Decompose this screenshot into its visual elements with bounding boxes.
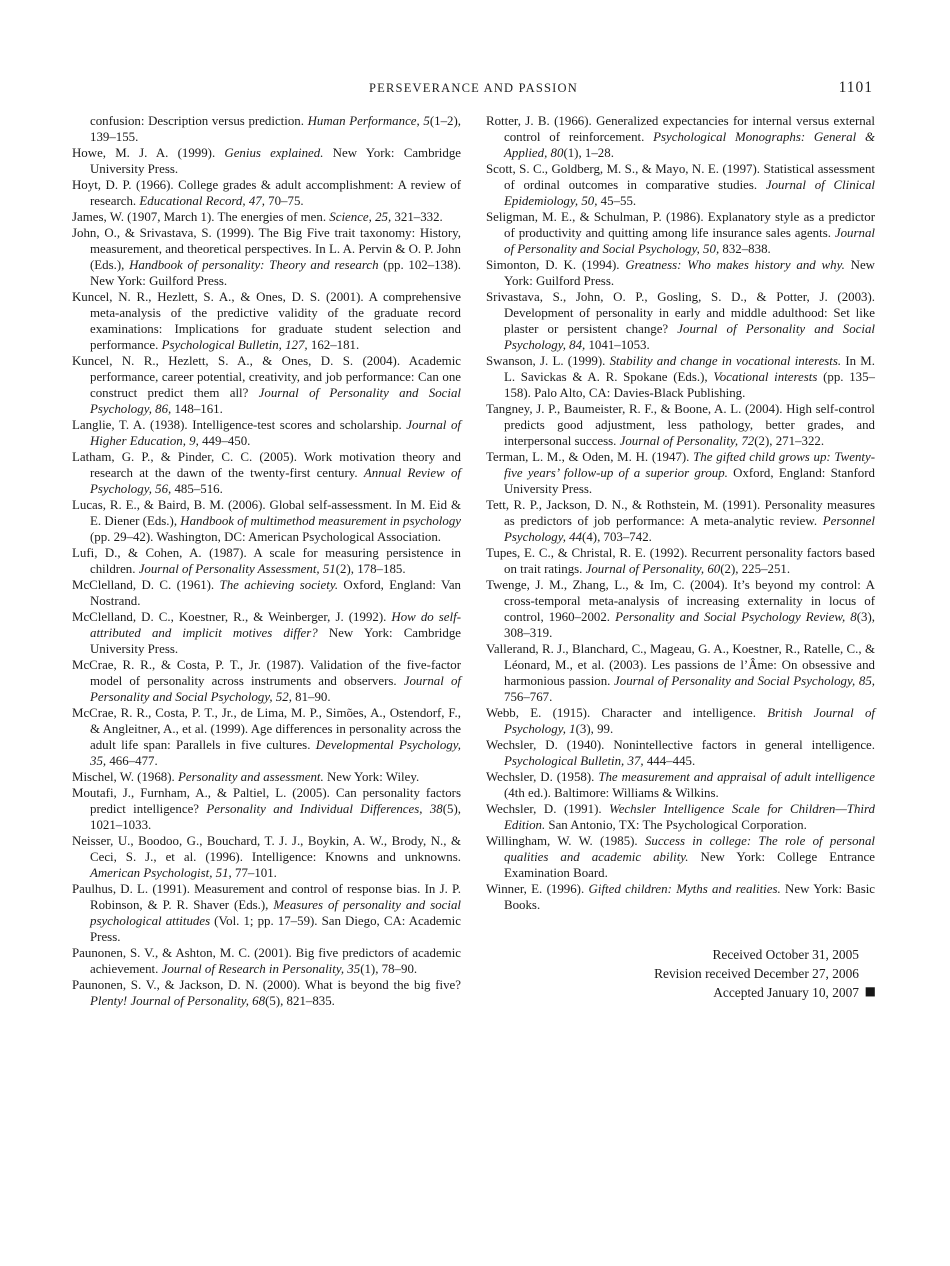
reference-entry: James, W. (1907, March 1). The energies … (72, 209, 461, 225)
reference-entry: Neisser, U., Boodoo, G., Bouchard, T. J.… (72, 833, 461, 881)
reference-entry: Tett, R. P., Jackson, D. N., & Rothstein… (486, 497, 875, 545)
article-dates-block: Received October 31, 2005 Revision recei… (486, 945, 875, 1002)
references-list-right: Rotter, J. B. (1966). Generalized expect… (486, 113, 875, 913)
reference-entry: Twenge, J. M., Zhang, L., & Im, C. (2004… (486, 577, 875, 641)
reference-entry: Kuncel, N. R., Hezlett, S. A., & Ones, D… (72, 289, 461, 353)
reference-entry: Kuncel, N. R., Hezlett, S. A., & Ones, D… (72, 353, 461, 417)
reference-entry: Lufi, D., & Cohen, A. (1987). A scale fo… (72, 545, 461, 577)
reference-entry: Willingham, W. W. (1985). Success in col… (486, 833, 875, 881)
reference-entry: Wechsler, D. (1940). Nonintellective fac… (486, 737, 875, 769)
journal-page: PERSEVERANCE AND PASSION 1101 confusion:… (0, 0, 950, 1266)
references-section: confusion: Description versus prediction… (72, 113, 875, 1009)
references-column-right: Rotter, J. B. (1966). Generalized expect… (486, 113, 875, 1002)
running-head: PERSEVERANCE AND PASSION (72, 81, 875, 96)
reference-entry: Hoyt, D. P. (1966). College grades & adu… (72, 177, 461, 209)
article-end-square-icon: ■ (865, 985, 876, 997)
reference-entry: Wechsler, D. (1991). Wechsler Intelligen… (486, 801, 875, 833)
reference-entry: Seligman, M. E., & Schulman, P. (1986). … (486, 209, 875, 257)
reference-entry: John, O., & Srivastava, S. (1999). The B… (72, 225, 461, 289)
reference-entry: Paulhus, D. L. (1991). Measurement and c… (72, 881, 461, 945)
references-column-left: confusion: Description versus prediction… (72, 113, 461, 1009)
reference-entry: McCrae, R. R., & Costa, P. T., Jr. (1987… (72, 657, 461, 705)
reference-entry: Tangney, J. P., Baumeister, R. F., & Boo… (486, 401, 875, 449)
reference-entry: Lucas, R. E., & Baird, B. M. (2006). Glo… (72, 497, 461, 545)
reference-entry: Terman, L. M., & Oden, M. H. (1947). The… (486, 449, 875, 497)
reference-entry: Wechsler, D. (1958). The measurement and… (486, 769, 875, 801)
revision-received-date: Revision received December 27, 2006 (486, 964, 859, 983)
reference-entry: Vallerand, R. J., Blanchard, C., Mageau,… (486, 641, 875, 705)
reference-entry: Webb, E. (1915). Character and intellige… (486, 705, 875, 737)
accepted-date-line: Accepted January 10, 2007 ■ (486, 983, 859, 1002)
reference-entry: Latham, G. P., & Pinder, C. C. (2005). W… (72, 449, 461, 497)
reference-entry: Howe, M. J. A. (1999). Genius explained.… (72, 145, 461, 177)
reference-entry: Tupes, E. C., & Christal, R. E. (1992). … (486, 545, 875, 577)
reference-entry: McClelland, D. C., Koestner, R., & Weinb… (72, 609, 461, 657)
reference-entry: Scott, S. C., Goldberg, M. S., & Mayo, N… (486, 161, 875, 209)
accepted-date: Accepted January 10, 2007 (713, 985, 859, 1000)
page-number: 1101 (839, 79, 873, 97)
reference-entry: confusion: Description versus prediction… (72, 113, 461, 145)
reference-entry: Paunonen, S. V., & Ashton, M. C. (2001).… (72, 945, 461, 977)
reference-entry: Langlie, T. A. (1938). Intelligence-test… (72, 417, 461, 449)
page-header: PERSEVERANCE AND PASSION 1101 (72, 81, 875, 99)
reference-entry: Paunonen, S. V., & Jackson, D. N. (2000)… (72, 977, 461, 1009)
reference-entry: Moutafi, J., Furnham, A., & Paltiel, L. … (72, 785, 461, 833)
reference-entry: McClelland, D. C. (1961). The achieving … (72, 577, 461, 609)
reference-entry: Mischel, W. (1968). Personality and asse… (72, 769, 461, 785)
reference-entry: Rotter, J. B. (1966). Generalized expect… (486, 113, 875, 161)
reference-entry: Srivastava, S., John, O. P., Gosling, S.… (486, 289, 875, 353)
reference-entry: Swanson, J. L. (1999). Stability and cha… (486, 353, 875, 401)
reference-entry: McCrae, R. R., Costa, P. T., Jr., de Lim… (72, 705, 461, 769)
received-date: Received October 31, 2005 (486, 945, 859, 964)
reference-entry: Simonton, D. K. (1994). Greatness: Who m… (486, 257, 875, 289)
reference-entry: Winner, E. (1996). Gifted children: Myth… (486, 881, 875, 913)
